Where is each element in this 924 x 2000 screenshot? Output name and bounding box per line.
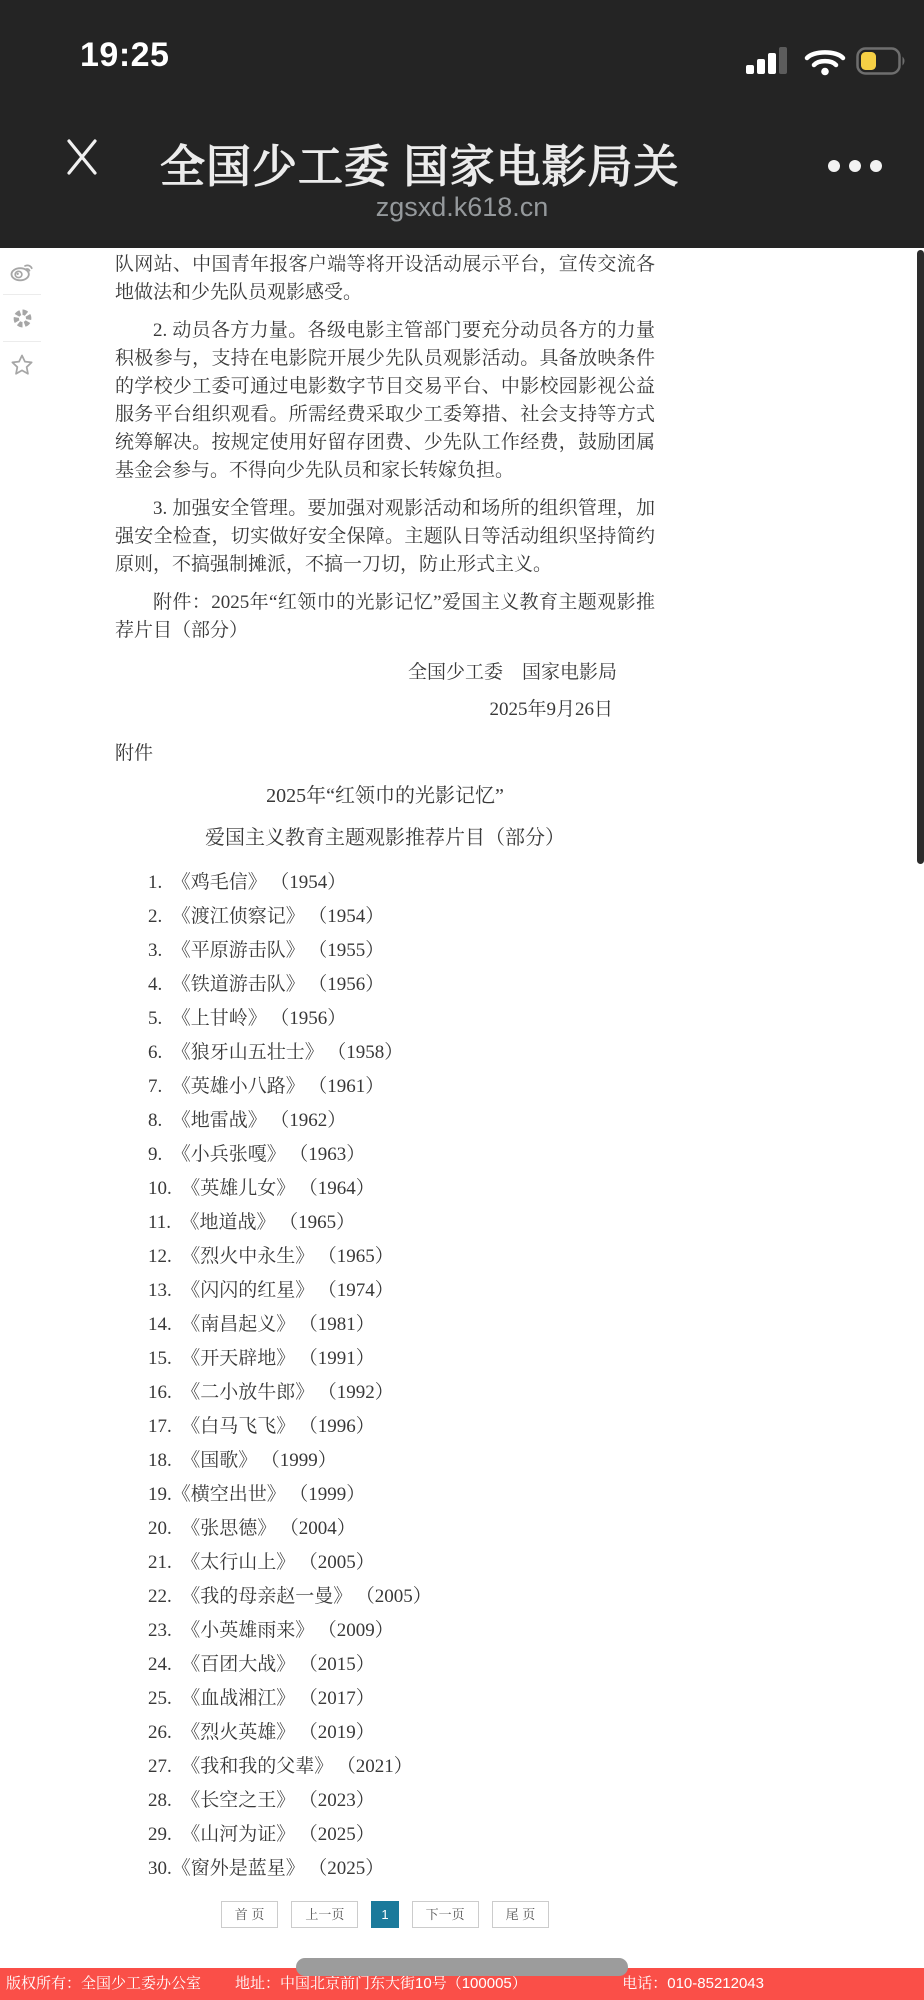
movie-number: 23.	[148, 1620, 191, 1641]
movie-year: （2004）	[289, 1518, 356, 1539]
list-item: 2. 《渡江侦察记》（1954）	[148, 906, 655, 927]
movie-title: 《太行山上》	[191, 1552, 296, 1573]
movie-number: 6.	[148, 1042, 181, 1063]
prev-page-button[interactable]: 上一页	[291, 1901, 358, 1928]
movie-year: （1974）	[327, 1280, 394, 1301]
list-item: 6. 《狼牙山五壮士》（1958）	[148, 1042, 655, 1063]
movie-title: 《山河为证》	[191, 1824, 296, 1845]
movie-title: 《上甘岭》	[181, 1008, 267, 1029]
list-item: 5. 《上甘岭》（1956）	[148, 1008, 655, 1029]
site-url: zgsxd.k618.cn	[0, 192, 924, 223]
page-title: 全国少工委 国家电影局关	[160, 130, 808, 188]
movie-number: 4.	[148, 974, 181, 995]
list-item: 23. 《小英雄雨来》（2009）	[148, 1620, 655, 1641]
movie-year: （2025）	[318, 1858, 385, 1879]
movie-number: 24.	[148, 1654, 191, 1675]
movie-number: 10.	[148, 1178, 191, 1199]
movie-title: 《百团大战》	[191, 1654, 296, 1675]
movie-year: （2009）	[327, 1620, 394, 1641]
movie-year: （2019）	[308, 1722, 375, 1743]
list-item: 12. 《烈火中永生》（1965）	[148, 1246, 655, 1267]
movie-year: （1991）	[308, 1348, 375, 1369]
doc-paragraphs: 队网站、中国青年报客户端等将开设活动展示平台，宣传交流各地做法和少先队员观影感受…	[115, 248, 655, 645]
list-item: 22. 《我的母亲赵一曼》（2005）	[148, 1586, 655, 1607]
next-page-button[interactable]: 下一页	[412, 1901, 479, 1928]
doc-paragraph: 2. 动员各方力量。各级电影主管部门要充分动员各方的力量积极参与，支持在电影院开…	[115, 317, 655, 485]
movie-title: 《小兵张嘎》	[181, 1144, 286, 1165]
movie-year: （1956）	[318, 974, 385, 995]
movie-number: 12.	[148, 1246, 191, 1267]
movie-title: 《长空之王》	[191, 1790, 296, 1811]
movie-year: （2005）	[365, 1586, 432, 1607]
scrollbar[interactable]	[917, 250, 924, 864]
list-item: 30.《窗外是蓝星》（2025）	[148, 1858, 655, 1879]
list-item: 1. 《鸡毛信》（1954）	[148, 872, 655, 893]
attachment-title-line2: 爱国主义教育主题观影推荐片目（部分）	[115, 824, 655, 852]
list-item: 26. 《烈火英雄》（2019）	[148, 1722, 655, 1743]
movie-number: 28.	[148, 1790, 191, 1811]
movie-number: 14.	[148, 1314, 191, 1335]
movie-number: 25.	[148, 1688, 191, 1709]
close-icon[interactable]	[54, 128, 110, 184]
movie-title: 《铁道游击队》	[181, 974, 305, 995]
movie-year: （2023）	[308, 1790, 375, 1811]
movie-number: 1.	[148, 872, 181, 893]
doc-date: 2025年9月26日	[115, 696, 655, 724]
list-item: 4. 《铁道游击队》（1956）	[148, 974, 655, 995]
signature: 全国少工委 国家电影局	[115, 659, 655, 687]
movie-title: 《英雄小八路》	[181, 1076, 305, 1097]
movie-title: 《地道战》	[190, 1212, 276, 1233]
movie-title: 《烈火英雄》	[191, 1722, 296, 1743]
movie-number: 9.	[148, 1144, 181, 1165]
movie-title: 《二小放牛郎》	[191, 1382, 315, 1403]
qzone-star-icon[interactable]	[0, 344, 44, 386]
movie-number: 26.	[148, 1722, 191, 1743]
list-item: 21. 《太行山上》（2005）	[148, 1552, 655, 1573]
movie-title: 《窗外是蓝星》	[172, 1858, 305, 1879]
copyright-text: 版权所有：全国少工委办公室	[6, 1968, 201, 2000]
movie-title: 《鸡毛信》	[181, 872, 267, 893]
movie-year: （2025）	[308, 1824, 375, 1845]
movie-title: 《英雄儿女》	[191, 1178, 296, 1199]
first-page-button[interactable]: 首 页	[221, 1901, 279, 1928]
movie-number: 18.	[148, 1450, 191, 1471]
movie-number: 27.	[148, 1756, 191, 1777]
list-item: 9. 《小兵张嘎》（1963）	[148, 1144, 655, 1165]
attachment-label: 附件	[115, 740, 655, 768]
movie-number: 21.	[148, 1552, 191, 1573]
list-item: 11. 《地道战》（1965）	[148, 1212, 655, 1233]
phone-screen: 19:25 全国少工委 国家电影局关 zgsx	[0, 0, 924, 2000]
movie-list: 1. 《鸡毛信》（1954） 2. 《渡江侦察记》（1954） 3. 《平原游击…	[115, 872, 655, 1879]
movie-number: 7.	[148, 1076, 181, 1097]
document-body: 队网站、中国青年报客户端等将开设活动展示平台，宣传交流各地做法和少先队员观影感受…	[115, 248, 655, 1928]
movie-year: （2021）	[346, 1756, 413, 1777]
phone-text: 电话：010-85212043	[622, 1968, 764, 2000]
list-item: 18. 《国歌》（1999）	[148, 1450, 655, 1471]
status-time: 19:25	[80, 36, 169, 75]
home-indicator[interactable]	[296, 1958, 628, 1976]
battery-icon	[856, 47, 908, 75]
movie-number: 19.	[148, 1484, 172, 1505]
movie-number: 2.	[148, 906, 181, 927]
list-item: 7. 《英雄小八路》（1961）	[148, 1076, 655, 1097]
movie-title: 《平原游击队》	[181, 940, 305, 961]
ellipsis-menu-icon[interactable]	[828, 160, 882, 172]
doc-paragraph: 附件：2025年“红领巾的光影记忆”爱国主义教育主题观影推荐片目（部分）	[115, 589, 655, 645]
movie-year: （1954）	[280, 872, 347, 893]
wifi-icon	[804, 46, 846, 76]
list-item: 24. 《百团大战》（2015）	[148, 1654, 655, 1675]
status-icons	[746, 46, 908, 76]
list-item: 29. 《山河为证》（2025）	[148, 1824, 655, 1845]
pagination: 首 页 上一页 1 下一页 尾 页	[115, 1901, 655, 1928]
doc-paragraph: 3. 加强安全管理。要加强对观影活动和场所的组织管理，加强安全检查，切实做好安全…	[115, 495, 655, 579]
movie-year: （1981）	[308, 1314, 375, 1335]
movie-title: 《血战湘江》	[191, 1688, 296, 1709]
movie-year: （1963）	[299, 1144, 366, 1165]
list-item: 25. 《血战湘江》（2017）	[148, 1688, 655, 1709]
movie-year: （1965）	[327, 1246, 394, 1267]
divider	[3, 294, 41, 295]
movie-year: （1956）	[280, 1008, 347, 1029]
current-page-button[interactable]: 1	[371, 1901, 398, 1928]
movie-title: 《小英雄雨来》	[191, 1620, 315, 1641]
weibo-icon[interactable]	[0, 250, 44, 292]
movie-number: 8.	[148, 1110, 181, 1131]
movie-title: 《国歌》	[191, 1450, 258, 1471]
movie-title: 《横空出世》	[172, 1484, 286, 1505]
list-item: 14. 《南昌起义》（1981）	[148, 1314, 655, 1335]
movie-title: 《南昌起义》	[191, 1314, 296, 1335]
movie-year: （1958）	[337, 1042, 404, 1063]
movie-year: （1954）	[318, 906, 385, 927]
divider	[3, 341, 41, 342]
movie-number: 13.	[148, 1280, 191, 1301]
movie-year: （1961）	[318, 1076, 385, 1097]
movie-number: 3.	[148, 940, 181, 961]
movie-number: 29.	[148, 1824, 191, 1845]
movie-title: 《闪闪的红星》	[191, 1280, 315, 1301]
movie-year: （1996）	[308, 1416, 375, 1437]
share-bar	[0, 250, 44, 386]
doc-paragraph: 队网站、中国青年报客户端等将开设活动展示平台，宣传交流各地做法和少先队员观影感受…	[115, 251, 655, 307]
movie-title: 《张思德》	[191, 1518, 277, 1539]
movie-title: 《烈火中永生》	[191, 1246, 315, 1267]
movie-number: 16.	[148, 1382, 191, 1403]
movie-title: 《我的母亲赵一曼》	[191, 1586, 353, 1607]
movie-year: （1992）	[327, 1382, 394, 1403]
movie-year: （1955）	[318, 940, 385, 961]
movie-year: （2005）	[308, 1552, 375, 1573]
list-item: 20. 《张思德》（2004）	[148, 1518, 655, 1539]
last-page-button[interactable]: 尾 页	[492, 1901, 550, 1928]
movie-year: （1999）	[299, 1484, 366, 1505]
wechat-moments-icon[interactable]	[0, 297, 44, 339]
movie-title: 《我和我的父辈》	[191, 1756, 334, 1777]
movie-title: 《渡江侦察记》	[181, 906, 305, 927]
list-item: 28. 《长空之王》（2023）	[148, 1790, 655, 1811]
movie-year: （2015）	[308, 1654, 375, 1675]
movie-title: 《开天辟地》	[191, 1348, 296, 1369]
browser-header: 19:25 全国少工委 国家电影局关 zgsx	[0, 0, 924, 248]
movie-year: （1964）	[308, 1178, 375, 1199]
movie-year: （1965）	[289, 1212, 356, 1233]
movie-year: （1962）	[280, 1110, 347, 1131]
list-item: 8. 《地雷战》（1962）	[148, 1110, 655, 1131]
list-item: 15. 《开天辟地》（1991）	[148, 1348, 655, 1369]
movie-title: 《白马飞飞》	[191, 1416, 296, 1437]
list-item: 3. 《平原游击队》（1955）	[148, 940, 655, 961]
movie-year: （1999）	[270, 1450, 337, 1471]
movie-number: 5.	[148, 1008, 181, 1029]
list-item: 27. 《我和我的父辈》（2021）	[148, 1756, 655, 1777]
movie-number: 30.	[148, 1858, 172, 1879]
list-item: 17. 《白马飞飞》（1996）	[148, 1416, 655, 1437]
movie-number: 11.	[148, 1212, 190, 1233]
list-item: 19.《横空出世》（1999）	[148, 1484, 655, 1505]
list-item: 10. 《英雄儿女》（1964）	[148, 1178, 655, 1199]
movie-number: 20.	[148, 1518, 191, 1539]
movie-number: 17.	[148, 1416, 191, 1437]
list-item: 16. 《二小放牛郎》（1992）	[148, 1382, 655, 1403]
movie-title: 《地雷战》	[181, 1110, 267, 1131]
movie-year: （2017）	[308, 1688, 375, 1709]
cellular-signal-icon	[746, 46, 794, 76]
movie-title: 《狼牙山五壮士》	[181, 1042, 324, 1063]
movie-number: 15.	[148, 1348, 191, 1369]
list-item: 13. 《闪闪的红星》（1974）	[148, 1280, 655, 1301]
attachment-title-line1: 2025年“红领巾的光影记忆”	[115, 782, 655, 810]
movie-number: 22.	[148, 1586, 191, 1607]
